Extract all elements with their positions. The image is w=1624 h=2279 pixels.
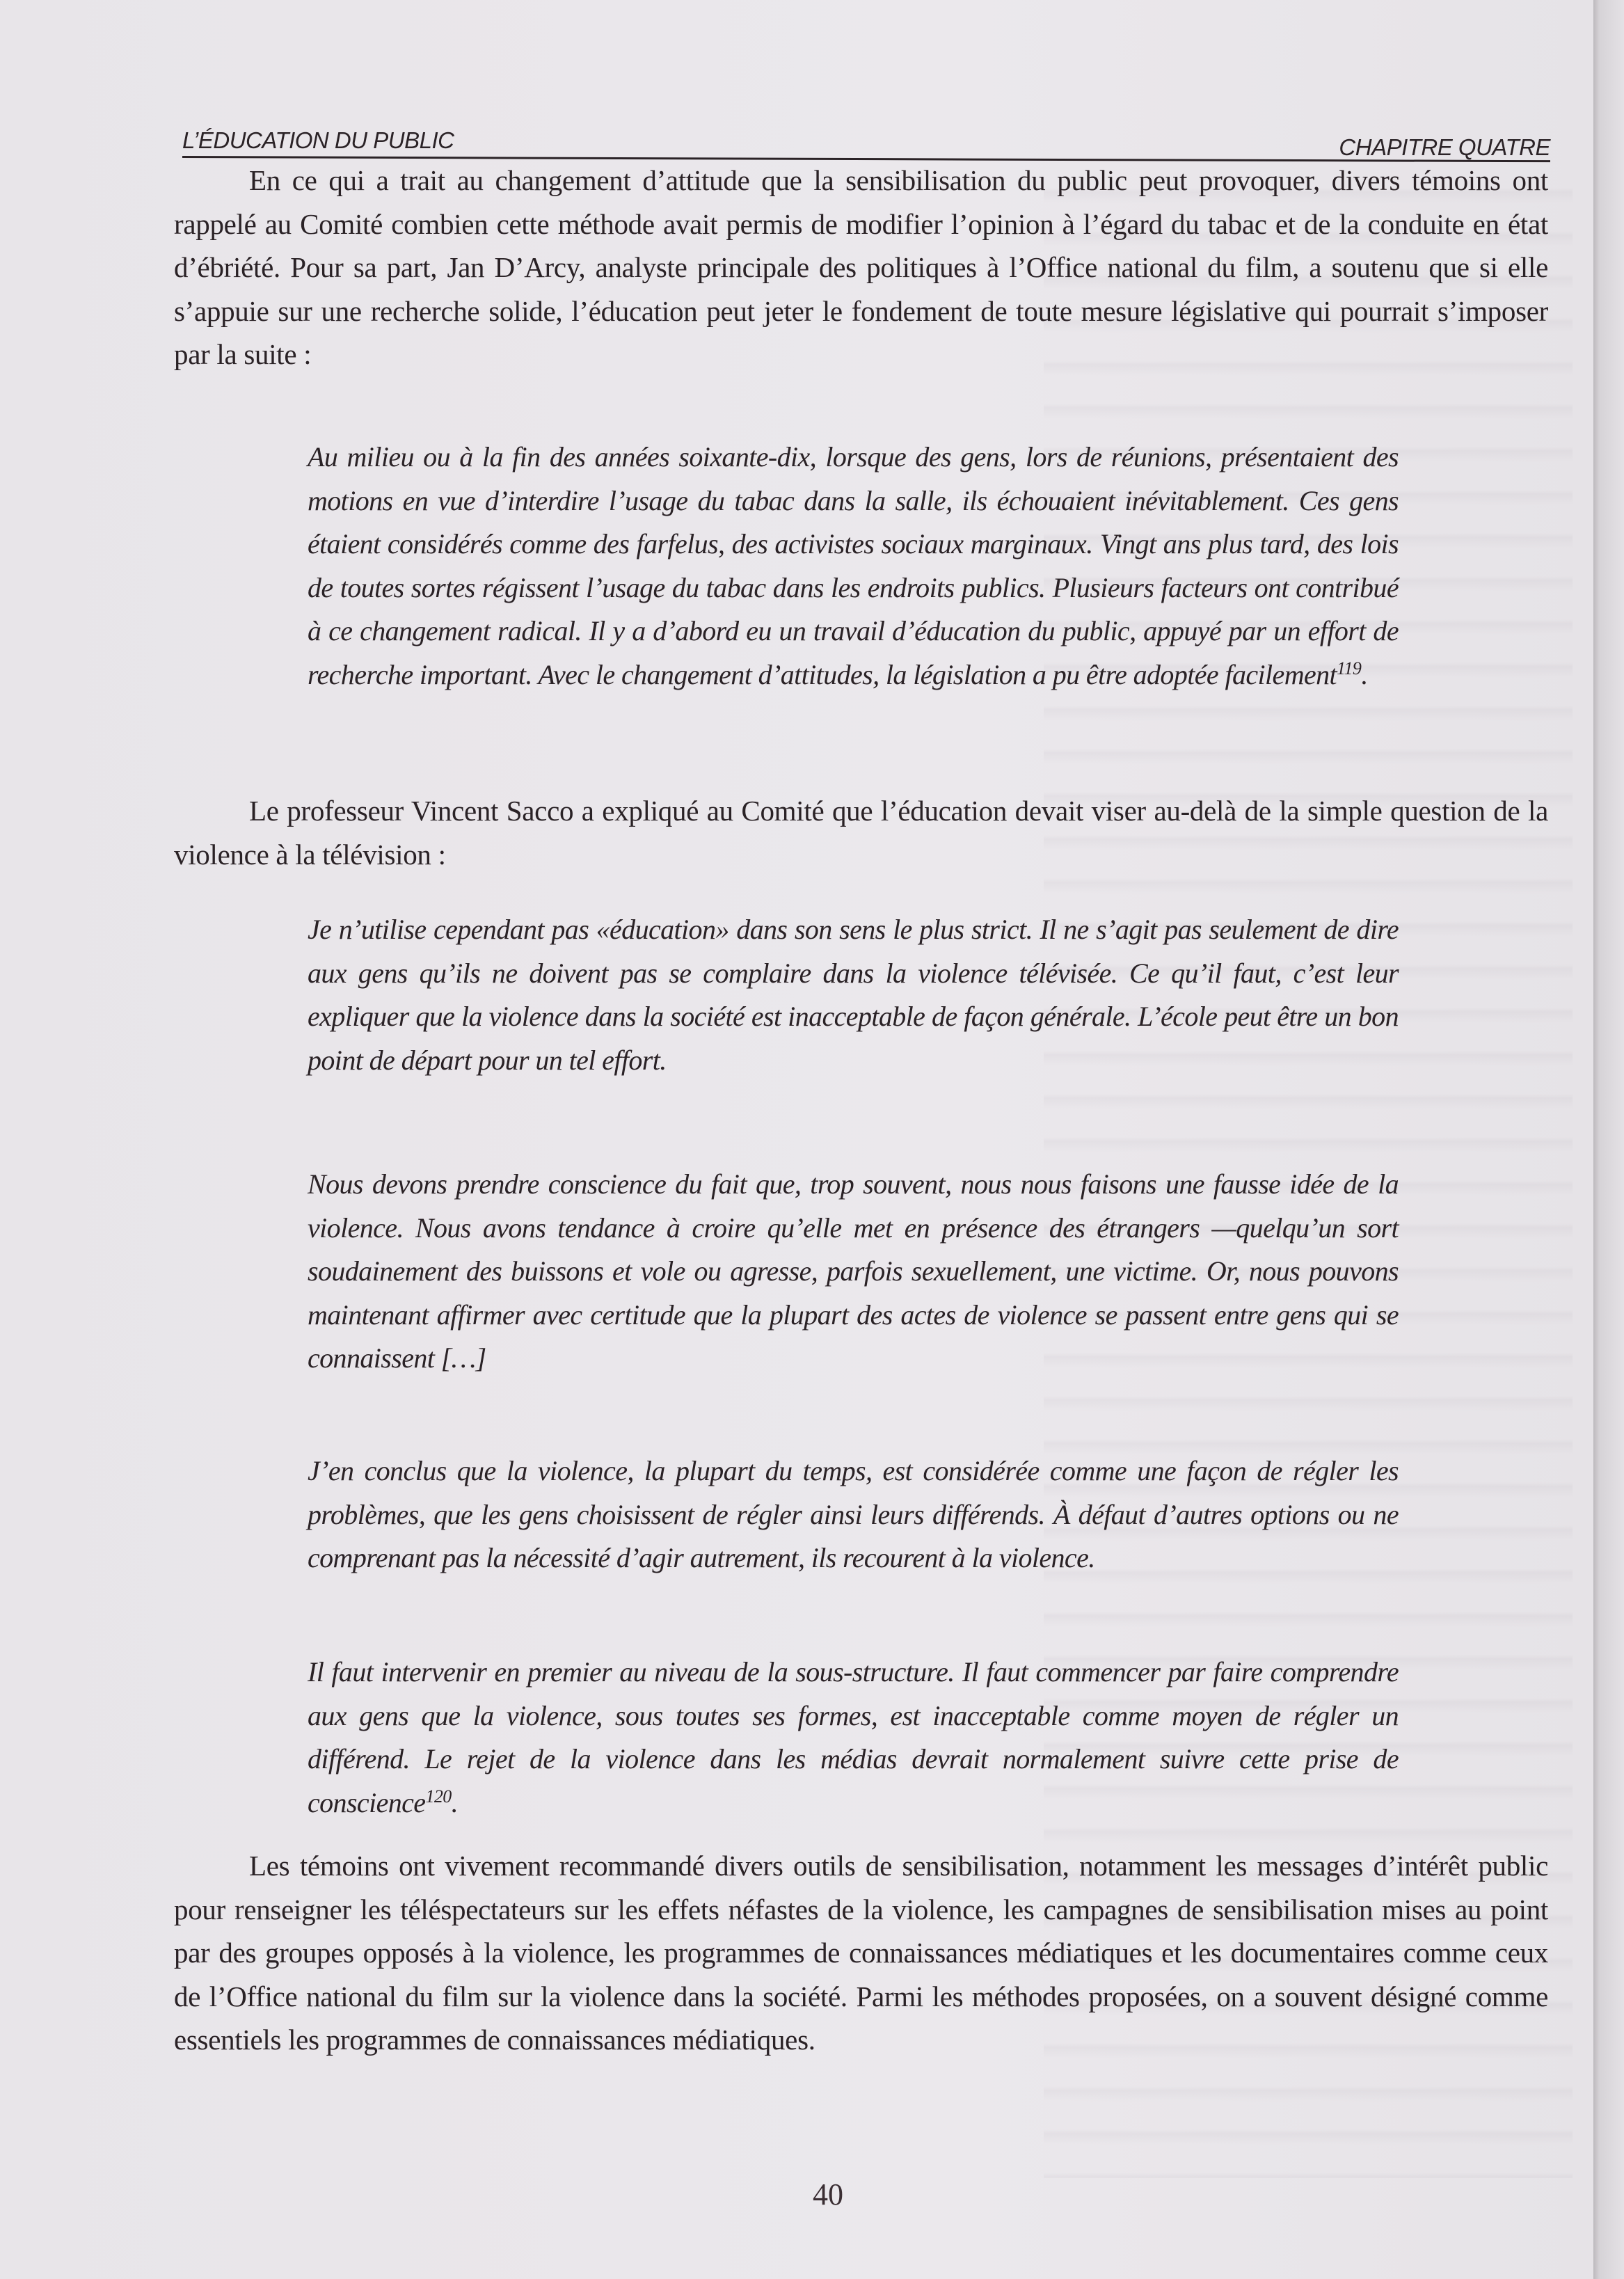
paragraph-2: Le professeur Vincent Sacco a expliqué a… bbox=[174, 789, 1548, 876]
paragraph-2-text: Le professeur Vincent Sacco a expliqué a… bbox=[174, 795, 1548, 871]
quote-1-text: Au milieu ou à la fin des années soixant… bbox=[308, 441, 1399, 690]
footnote-ref-119[interactable]: 119 bbox=[1337, 658, 1361, 678]
quote-sacco-4: Il faut intervenir en premier au niveau … bbox=[308, 1651, 1399, 1825]
paragraph-3-text: Les témoins ont vivement recommandé dive… bbox=[174, 1850, 1548, 2056]
page-number: 40 bbox=[800, 2177, 856, 2212]
quote-5-text: Il faut intervenir en premier au niveau … bbox=[308, 1656, 1399, 1818]
quote-sacco-2: Nous devons prendre conscience du fait q… bbox=[308, 1163, 1399, 1381]
quote-sacco-3: J’en conclus que la violence, la plupart… bbox=[308, 1450, 1399, 1580]
paragraph-1: En ce qui a trait au changement d’attitu… bbox=[174, 159, 1548, 376]
footnote-ref-120[interactable]: 120 bbox=[425, 1786, 451, 1806]
running-header-chapter: CHAPITRE QUATRE bbox=[1339, 134, 1550, 161]
quote-5-end: . bbox=[452, 1787, 458, 1818]
quote-1-end: . bbox=[1361, 659, 1367, 690]
paragraph-1-text: En ce qui a trait au changement d’attitu… bbox=[174, 164, 1548, 370]
quote-sacco-1: Je n’utilise cependant pas «éducation» d… bbox=[308, 908, 1399, 1082]
quote-3-text: Nous devons prendre conscience du fait q… bbox=[308, 1168, 1399, 1374]
page-binding-edge bbox=[1593, 0, 1624, 2279]
quote-4-text: J’en conclus que la violence, la plupart… bbox=[308, 1455, 1399, 1573]
paragraph-3: Les témoins ont vivement recommandé dive… bbox=[174, 1844, 1548, 2062]
quote-darcy: Au milieu ou à la fin des années soixant… bbox=[308, 436, 1399, 697]
quote-2-text: Je n’utilise cependant pas «éducation» d… bbox=[308, 914, 1399, 1076]
running-header: L’ÉDUCATION DU PUBLIC CHAPITRE QUATRE bbox=[182, 113, 1550, 162]
running-header-section: L’ÉDUCATION DU PUBLIC bbox=[182, 127, 454, 154]
